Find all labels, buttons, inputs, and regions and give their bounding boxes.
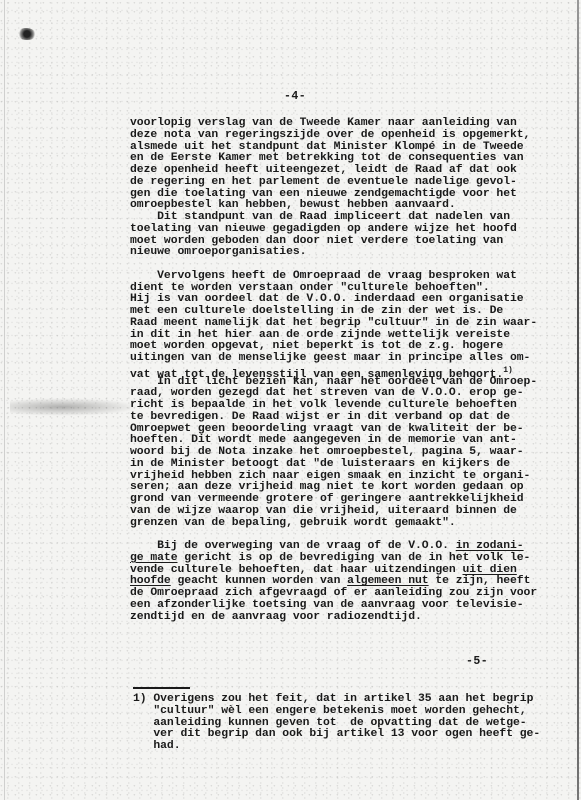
text-fragment: gericht is op de bevrediging van de in h… (178, 552, 531, 564)
underlined-phrase: in zodani- (456, 540, 524, 552)
text-line: toelating van nieuwe gegadigden op ander… (130, 224, 570, 236)
text-line: de regering en het parlement de eventuel… (130, 177, 570, 189)
indent (133, 728, 153, 740)
text-line: met een culturele doelstelling in de zin… (130, 306, 570, 318)
continuation-marker: -5- (466, 655, 488, 668)
text-line: de Omroepraad zich afgevraagd of er aanl… (130, 588, 570, 600)
footnote-divider (133, 687, 190, 689)
text-line: nieuwe omroeporganisaties. (130, 247, 570, 259)
text-line: woord bij de Nota inzake het omroepbeste… (130, 447, 570, 459)
text-line: voorlopig verslag van de Tweede Kamer na… (130, 118, 570, 130)
text-fragment: te zijn, heeft (429, 575, 531, 587)
text-line: in de Minister betoogt dat "de luisteraa… (130, 459, 570, 471)
underlined-phrase: hoofde (130, 575, 171, 587)
text-fragment: vende culturele behoeften, dat haar uitz… (130, 564, 463, 576)
footnote-line: had. (133, 741, 573, 753)
text-line: te bevredigen. De Raad wijst er in dit v… (130, 412, 570, 424)
text-fragment: aanleiding kunnen geven tot de opvatting… (153, 717, 526, 729)
text-line: van de wijze waarop van die vrijheid, ui… (130, 506, 570, 518)
text-line: grenzen van de bepaling, gebruik wordt g… (130, 518, 570, 530)
ink-blot (18, 28, 36, 40)
underlined-phrase: ge mate (130, 552, 178, 564)
underlined-phrase: algemeen nut (347, 575, 428, 587)
body-text: voorlopig verslag van de Tweede Kamer na… (130, 118, 570, 623)
underlined-phrase: uit dien (463, 564, 517, 576)
text-line: zendtijd en de aanvraag voor radiozendti… (130, 612, 570, 624)
text-line: richt is bepaalde in het volk levende cu… (130, 400, 570, 412)
indent (133, 705, 153, 717)
footnote: 1) Overigens zou het feit, dat in artike… (133, 694, 573, 753)
text-line: Raad meent namelijk dat het begrip "cult… (130, 318, 570, 330)
text-line: Dit standpunt van de Raad impliceert dat… (130, 212, 570, 224)
page-right-edge (577, 0, 579, 800)
footnote-reference: 1) (503, 366, 513, 375)
text-line: deze nota van regeringszijde over de ope… (130, 130, 570, 142)
text-fragment: "cultuur" wèl een engere betekenis moet … (153, 705, 526, 717)
text-line: een afzonderlijke toetsing van de aanvra… (130, 600, 570, 612)
text-line-with-footnote-ref: vat wat tot de levensstijl van een samen… (130, 365, 570, 377)
page-number-header: -4- (284, 90, 306, 103)
footnote-line: ver dit begrip dan ook bij artikel 13 vo… (133, 729, 573, 741)
text-line: uitingen van de menselijke geest maar in… (130, 353, 570, 365)
text-fragment: had. (153, 740, 180, 752)
text-fragment: geacht kunnen worden van (171, 575, 347, 587)
page-left-edge (4, 0, 5, 800)
indent (133, 717, 153, 729)
paragraph-gap (130, 259, 570, 271)
text-line: grond van vermeende grotere of geringere… (130, 494, 570, 506)
text-fragment: Overigens zou het feit, dat in artikel 3… (153, 693, 533, 705)
indent (133, 740, 153, 752)
text-fragment: Bij de overweging van de vraag of de V.O… (130, 540, 456, 552)
scan-smudge (10, 398, 140, 416)
text-line: deze openheid heeft uiteengezet, leidt d… (130, 165, 570, 177)
footnote-marker: 1) (133, 693, 147, 705)
text-line: Vervolgens heeft de Omroepraad de vraag … (130, 271, 570, 283)
text-fragment: ver dit begrip dan ook bij artikel 13 vo… (153, 728, 540, 740)
